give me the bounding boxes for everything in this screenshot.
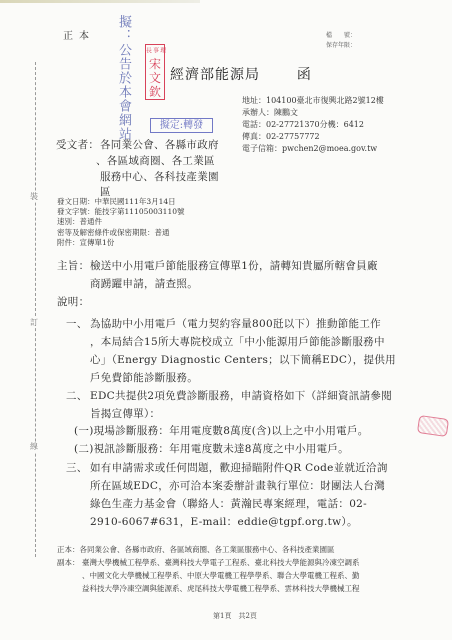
item-line: 心」（Energy Diagnostic Centers；以下簡稱EDC），提供… [90, 352, 396, 367]
item-line: 旨揭宣傳單）： [90, 406, 160, 421]
copies-line: 益科技大學冷凍空調與能源系、虎尾科技大學電機工程學系、雲林科技大學機械工程 [82, 583, 360, 594]
item-line: EDC共提供2項免費診斷服務，申請資格如下（詳細資訊請參閱 [90, 388, 392, 403]
page-indicator: 第1頁 共2頁 [213, 611, 257, 621]
email: 電子信箱：pwchen2@moea.gov.tw [242, 143, 377, 154]
copies-line: 、中國文化大學機械工程學系、中原大學電機工程學學系、聯合大學電機工程系、勤 [82, 570, 360, 581]
doc-type: 函 [297, 67, 312, 83]
recipient-line: 各同業公會、各縣市政府 [100, 137, 219, 152]
seal-char: 文 [149, 71, 161, 85]
issuer-name: 經濟部能源局 [170, 67, 260, 83]
file-number-label: 檔 號： [326, 30, 356, 39]
binding-mark: 裝 [30, 192, 38, 202]
subject-line: 檢送中小用電戶節能服務宣傳單1份，請轉知貴屬所轄會員廠 [90, 258, 378, 273]
seal-char: 欽 [149, 85, 161, 99]
explanation-label: 說明： [57, 294, 89, 309]
seal-title: 理事長 [145, 47, 166, 57]
address: 地址：104100臺北市復興北路2號12樓 [242, 95, 384, 106]
subject-label: 主旨： [57, 258, 89, 273]
issuer-title: 經濟部能源局 函 [170, 64, 312, 84]
item-line: 戶免費節能診斷服務。 [90, 370, 198, 385]
copy-type-label: 正本 [63, 27, 95, 42]
item-marker: 一、 [66, 316, 88, 331]
item-line: 2910-6067#631，E-mail：eddie@tgpf.org.tw）。 [90, 514, 358, 529]
sub-item: (二)視訊診斷服務：年用電度數未達8萬度之中小用電戶。 [74, 441, 349, 456]
vertical-approval-note: 擬：公告於本會網站 [118, 15, 132, 141]
item-line: 如有申請需求或任何問題，歡迎掃瞄附件QR Code並就近洽詢 [90, 460, 388, 475]
item-line: 為協助中小用電戶（電力契約容量800瓩以下）推動節能工作 [90, 316, 381, 331]
recipient-line: 、各區域商圈、各工業區 [96, 153, 215, 168]
binding-mark: 線 [30, 442, 38, 452]
scan-edge [0, 0, 200, 3]
speed-class: 速別：普通件 [57, 216, 102, 227]
seal-char: 宋 [149, 57, 161, 71]
sub-item: (一)現場診斷服務：年用電度數8萬度(含)以上之中小用電戶。 [74, 423, 369, 438]
binding-mark: 訂 [30, 318, 38, 328]
fax: 傳真：02-27757772 [242, 131, 320, 142]
item-line: 所在區域EDC，亦可洽本案委辦計畫執行單位：財團法人台灣 [90, 478, 385, 493]
red-chairman-seal: 理事長 宋 文 欽 [145, 44, 165, 100]
copies-label: 副本： [57, 557, 80, 568]
item-marker: 二、 [66, 388, 88, 403]
recipient-label: 受文者： [56, 137, 99, 152]
phone: 電話：02-27721370分機：6412 [242, 119, 364, 130]
original-recipients: 正本：各同業公會、各縣市政府、各區域商圈、各工業區服務中心、各科技產業園區 [57, 544, 335, 555]
handler: 承辦人：陳鵬文 [242, 107, 298, 118]
attachment: 附件：宣傳單1份 [57, 237, 114, 248]
recipient-line: 服務中心、各科技產業園 [100, 169, 219, 184]
item-line: 綠色生產力基金會（聯絡人：黃瀚民專案經理，電話：02- [90, 496, 367, 511]
subject-line: 商踴躍申請，請查照。 [90, 276, 198, 291]
item-line: ，本局結合15所大專院校成立「中小能源用戶節能診斷服務中 [90, 334, 385, 349]
pink-receipt-stamp [417, 415, 449, 437]
copies-line: 臺灣大學機械工程學系、臺灣科技大學電子工程系、臺北科技大學能源與冷凍空調系 [82, 557, 360, 568]
retention-label: 保存年限： [326, 40, 356, 49]
binding-line [35, 62, 36, 557]
blue-approval-stamp: 擬定:轉發 [150, 118, 213, 133]
item-marker: 三、 [66, 460, 88, 475]
